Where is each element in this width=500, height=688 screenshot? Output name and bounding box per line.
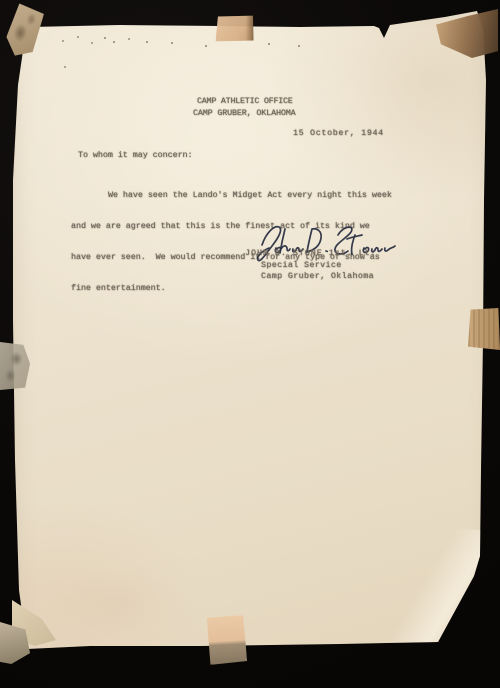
- fly-speck: [77, 36, 79, 38]
- paper-stain: [40, 558, 190, 648]
- tape-top-center: [216, 14, 255, 42]
- letterhead-location: CAMP GRUBER, OKLAHOMA: [193, 109, 295, 119]
- letter-paper: CAMP ATHLETIC OFFICE CAMP GRUBER, OKLAHO…: [0, 0, 500, 688]
- salutation: To whom it may concern:: [78, 151, 193, 161]
- tape-right-middle: [468, 308, 500, 350]
- signed-unit-line: Special Service: [261, 261, 342, 271]
- signed-name-line: JOHN D. STONE 1st. Lt.: [245, 249, 377, 259]
- fly-speck: [64, 66, 66, 68]
- date-line: 15 October, 1944: [293, 129, 384, 139]
- tape-bottom-center: [205, 615, 247, 665]
- letterhead-office: CAMP ATHLETIC OFFICE: [197, 97, 293, 107]
- body-line-4: fine entertainment.: [71, 284, 392, 294]
- fly-speck: [205, 45, 207, 47]
- fly-speck: [171, 42, 173, 44]
- page-curl-shading: [373, 525, 500, 662]
- fly-speck: [146, 41, 148, 43]
- fly-speck: [62, 40, 64, 42]
- body-line-1: We have seen the Lando's Midget Act ever…: [71, 191, 392, 201]
- fly-speck: [128, 38, 130, 40]
- signed-location-line: Camp Gruber, Oklahoma: [261, 272, 374, 282]
- fly-speck: [104, 37, 106, 39]
- fly-speck: [298, 45, 300, 47]
- scanned-letter-photo: CAMP ATHLETIC OFFICE CAMP GRUBER, OKLAHO…: [0, 0, 500, 688]
- fly-speck: [91, 42, 93, 44]
- fly-speck: [268, 43, 270, 45]
- fly-speck: [113, 41, 115, 43]
